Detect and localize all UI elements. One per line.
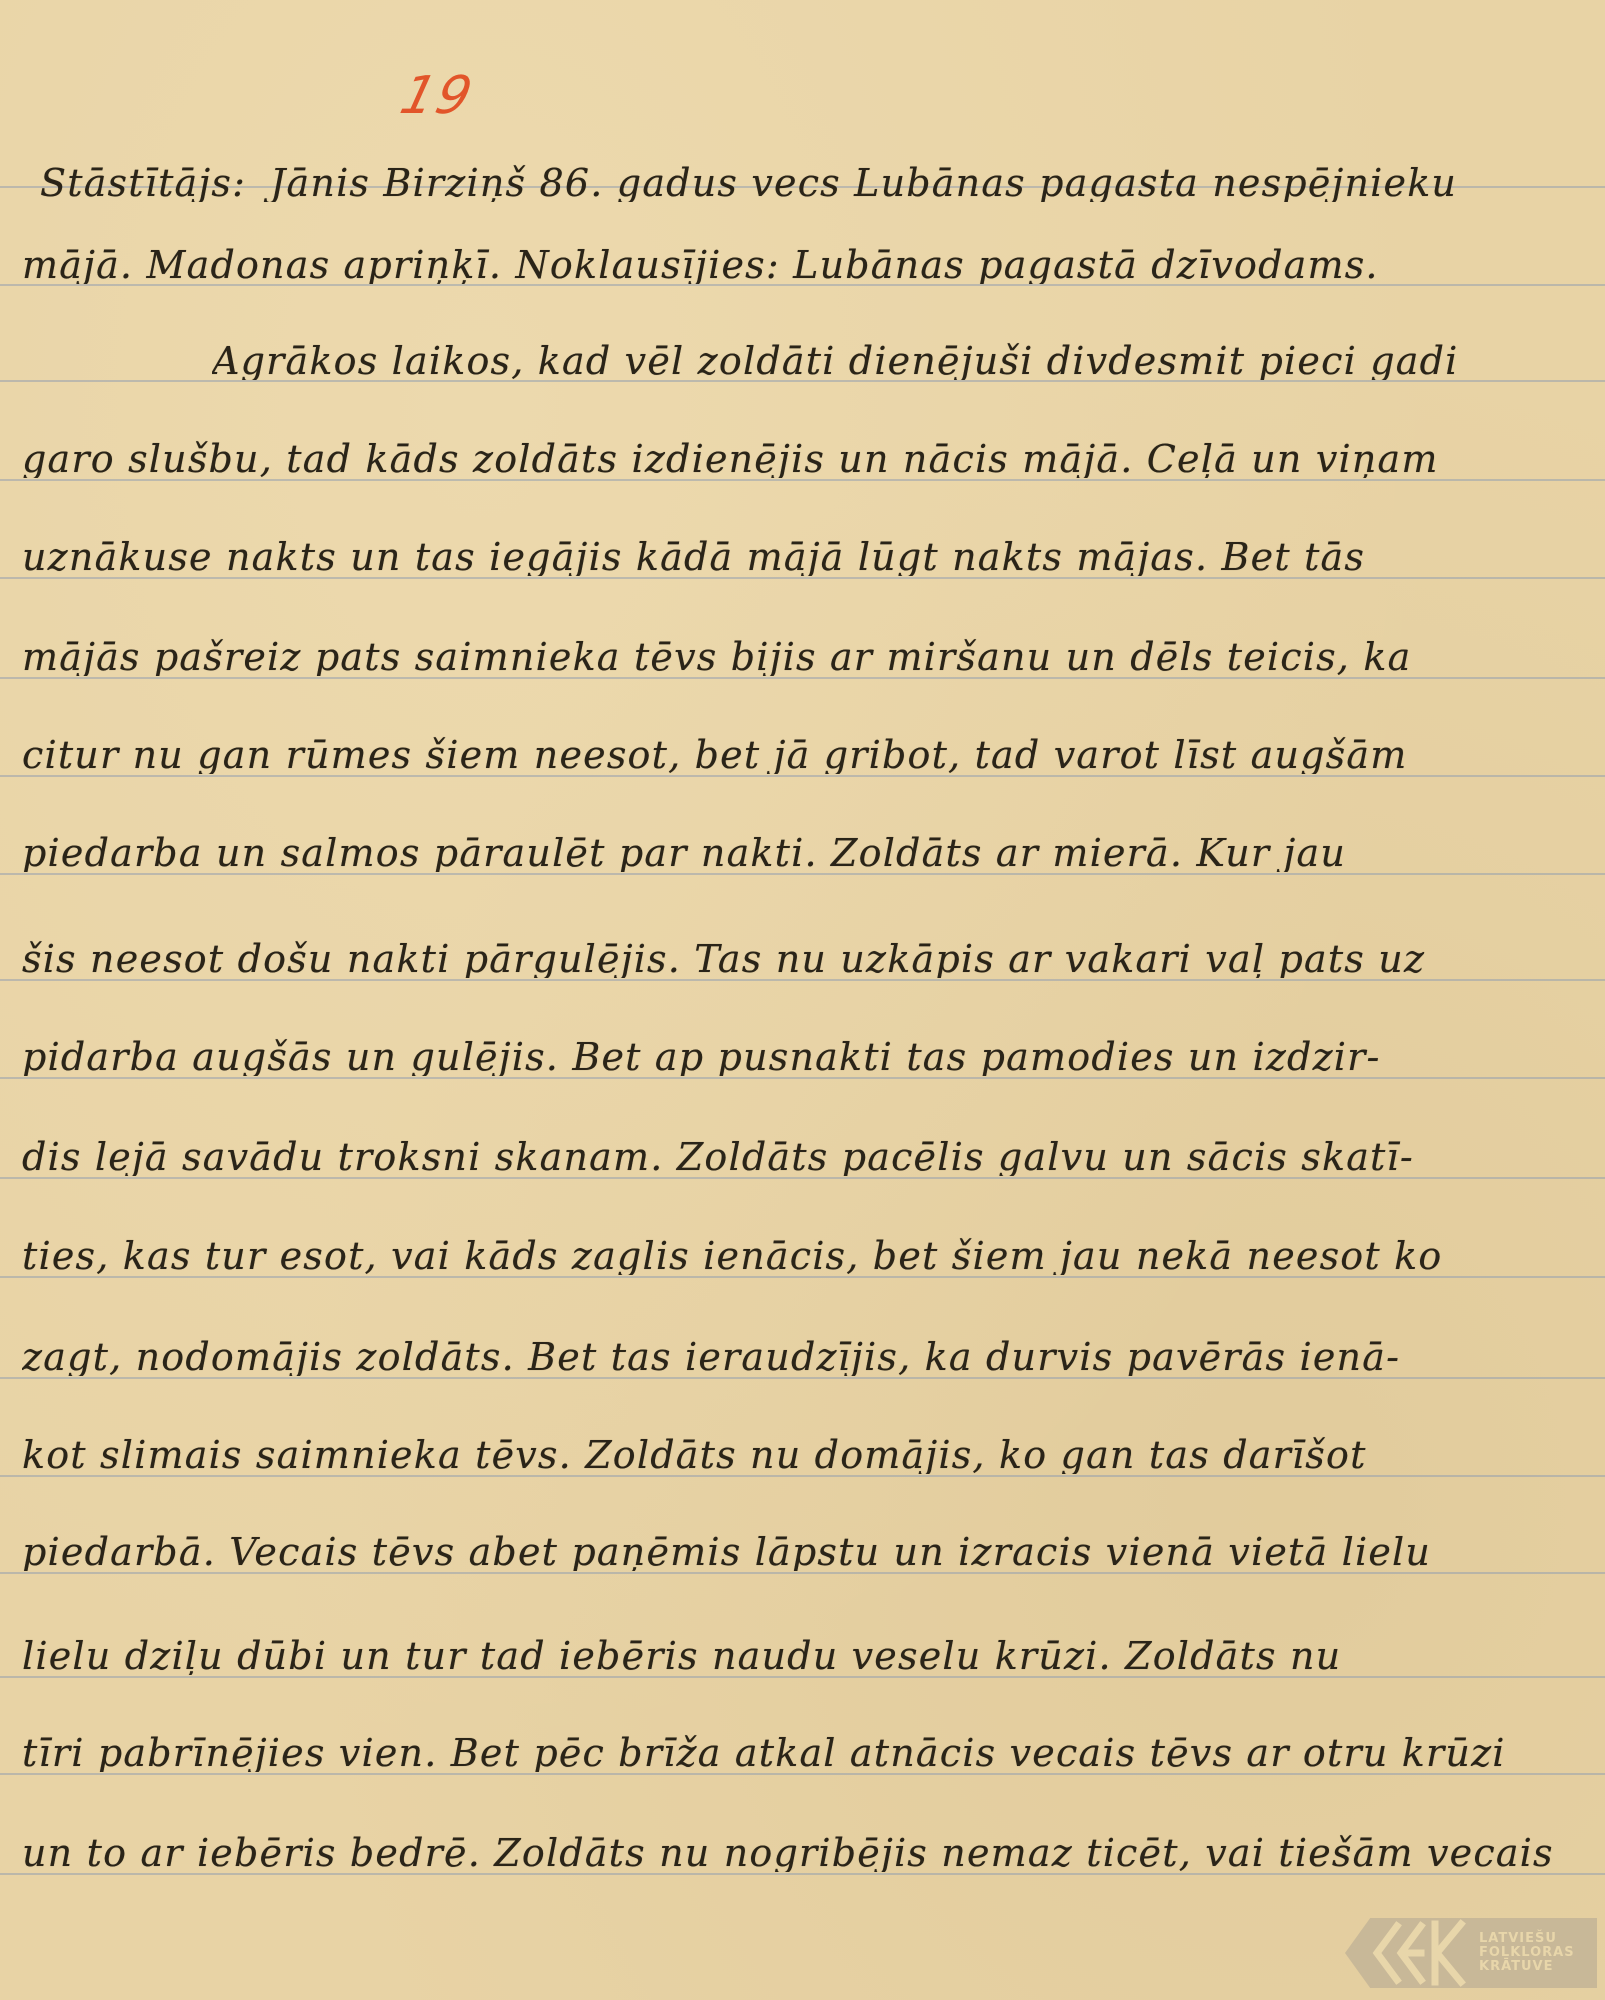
line-text: tīri pabrīnējies vien. Bet pēc brīža atk…	[22, 1734, 1506, 1772]
text-line: tīri pabrīnējies vien. Bet pēc brīža atk…	[22, 1692, 1589, 1772]
watermark-line: KRĀTUVE	[1479, 1960, 1575, 1974]
text-line: pidarba augšās un gulējis. Bet ap pusnak…	[22, 996, 1589, 1076]
ruled-line	[0, 1377, 1605, 1379]
line-text: piedarbā. Vecais tēvs abet paņēmis lāpst…	[22, 1533, 1431, 1571]
line-text: pidarba augšās un gulējis. Bet ap pusnak…	[22, 1038, 1381, 1076]
text-line: zagt, nodomājis zoldāts. Bet tas ieraudz…	[22, 1296, 1589, 1376]
ruled-line	[0, 284, 1605, 286]
ruled-line	[0, 1676, 1605, 1678]
lfk-logo-icon	[1369, 1918, 1479, 1988]
watermark-line: LATVIEŠU	[1479, 1932, 1575, 1946]
text-line: un to ar iebēris bedrē. Zoldāts nu nogri…	[22, 1792, 1605, 1872]
line-text: mājās pašreiz pats saimnieka tēvs bijis …	[22, 638, 1411, 676]
ruled-line	[0, 1572, 1605, 1574]
ruled-line	[0, 1773, 1605, 1775]
ruled-line	[0, 1475, 1605, 1477]
ruled-line	[0, 1873, 1605, 1875]
line-text: ties, kas tur esot, vai kāds zaglis ienā…	[22, 1237, 1442, 1275]
text-line: Stāstītājs: Jānis Birziņš 86. gadus vecs…	[40, 122, 1589, 202]
text-line: garo slušbu, tad kāds zoldāts izdienējis…	[22, 398, 1589, 478]
text-line: Agrākos laikos, kad vēl zoldāti dienējuš…	[212, 300, 1589, 380]
line-text: mājā. Madonas apriņķī. Noklausījies: Lub…	[22, 246, 1379, 284]
line-text: Agrākos laikos, kad vēl zoldāti dienējuš…	[212, 342, 1458, 380]
line-text: zagt, nodomājis zoldāts. Bet tas ieraudz…	[22, 1338, 1400, 1376]
text-line: citur nu gan rūmes šiem neesot, bet jā g…	[22, 694, 1589, 774]
manuscript-page: 19 Stāstītājs: Jānis Birziņš 86. gadus v…	[0, 0, 1605, 2000]
text-line: lielu dziļu dūbi un tur tad iebēris naud…	[22, 1595, 1589, 1675]
watermark-line: FOLKLORAS	[1479, 1946, 1575, 1960]
text-line: ties, kas tur esot, vai kāds zaglis ienā…	[22, 1195, 1589, 1275]
text-line: piedarbā. Vecais tēvs abet paņēmis lāpst…	[22, 1491, 1589, 1571]
line-text: un to ar iebēris bedrē. Zoldāts nu nogri…	[22, 1834, 1554, 1872]
text-line: mājā. Madonas apriņķī. Noklausījies: Lub…	[22, 204, 1589, 284]
ruled-line	[0, 380, 1605, 382]
text-line: dis lejā savādu troksni skanam. Zoldāts …	[22, 1096, 1589, 1176]
page-number: 19	[395, 66, 480, 126]
ruled-line	[0, 1276, 1605, 1278]
narrator-label: Stāstītājs:	[40, 164, 246, 202]
ruled-line	[0, 677, 1605, 679]
text-line: kot slimais saimnieka tēvs. Zoldāts nu d…	[22, 1394, 1589, 1474]
ruled-line	[0, 479, 1605, 481]
text-line: piedarba un salmos pāraulēt par nakti. Z…	[22, 792, 1589, 872]
line-text: dis lejā savādu troksni skanam. Zoldāts …	[22, 1138, 1414, 1176]
ruled-line	[0, 979, 1605, 981]
archive-watermark: LATVIEŠU FOLKLORAS KRĀTUVE	[1345, 1918, 1597, 1988]
line-text: lielu dziļu dūbi un tur tad iebēris naud…	[22, 1637, 1341, 1675]
line-text: šis neesot došu nakti pārgulējis. Tas nu…	[22, 940, 1425, 978]
line-text: Jānis Birziņš 86. gadus vecs Lubānas pag…	[270, 164, 1457, 202]
line-text: citur nu gan rūmes šiem neesot, bet jā g…	[22, 736, 1407, 774]
ruled-line	[0, 1177, 1605, 1179]
text-line: uznākuse nakts un tas iegājis kādā mājā …	[22, 496, 1589, 576]
line-text: kot slimais saimnieka tēvs. Zoldāts nu d…	[22, 1436, 1367, 1474]
line-text: garo slušbu, tad kāds zoldāts izdienējis…	[22, 440, 1439, 478]
watermark-text: LATVIEŠU FOLKLORAS KRĀTUVE	[1479, 1932, 1575, 1974]
line-text: piedarba un salmos pāraulēt par nakti. Z…	[22, 834, 1346, 872]
ruled-line	[0, 873, 1605, 875]
ruled-line	[0, 1077, 1605, 1079]
line-text: uznākuse nakts un tas iegājis kādā mājā …	[22, 538, 1365, 576]
text-line: šis neesot došu nakti pārgulējis. Tas nu…	[22, 898, 1589, 978]
text-line: mājās pašreiz pats saimnieka tēvs bijis …	[22, 596, 1589, 676]
ruled-line	[0, 577, 1605, 579]
ruled-line	[0, 775, 1605, 777]
